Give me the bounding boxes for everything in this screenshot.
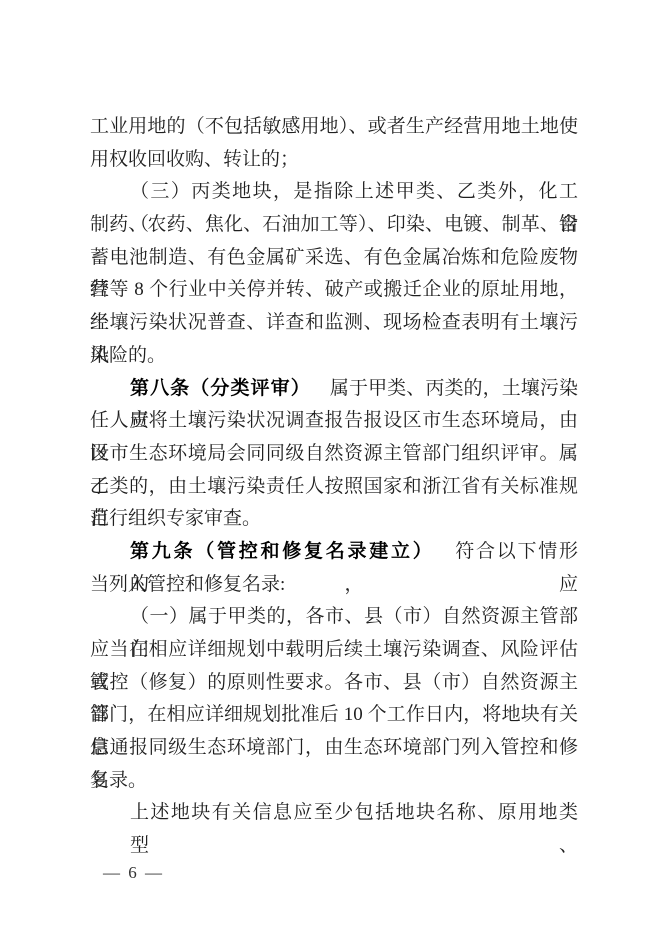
text-line: 名录。 [90,765,578,798]
text-line: 工业用地的（不包括敏感用地）、或者生产经营用地土地使 [90,111,578,144]
document-text-block: 工业用地的（不包括敏感用地）、或者生产经营用地土地使 用权收回收购、转让的； （… [90,111,578,830]
text-line: 应当在相应详细规划中载明后续土壤污染调查、风险评估或 [90,634,578,667]
text-line: 区市生态环境局会同同级自然资源主管部门组织评审。属于 [90,438,578,471]
document-page: 工业用地的（不包括敏感用地）、或者生产经营用地土地使 用权收回收购、转让的； （… [0,0,661,935]
text-line: 蓄电池制造、有色金属矿采选、有色金属冶炼和危险废物经 [90,242,578,275]
text-line: （三）丙类地块，是指除上述甲类、乙类外，化工（含 [90,176,578,209]
text-line: 第八条（分类评审）属于甲类、丙类的，土壤污染责 [90,373,578,406]
text-line: 管控（修复）的原则性要求。各市、县（市）自然资源主管 [90,667,578,700]
text-line: 用权收回收购、转让的； [90,144,578,177]
text-line: 乙类的，由土壤污染责任人按照国家和浙江省有关标准规范 [90,471,578,504]
text-line: 土壤污染状况普查、详查和监测、现场检查表明有土壤污染 [90,307,578,340]
article-8-heading: 第八条（分类评审） [130,378,311,399]
text-line: 风险的。 [90,340,578,373]
text-line: 制药、农药、焦化、石油加工等）、印染、电镀、制革、铅 [90,209,578,242]
text-line: 营等 8 个行业中关停并转、破产或搬迁企业的原址用地，经 [90,274,578,307]
text-line: （一）属于甲类的，各市、县（市）自然资源主管部门 [90,601,578,634]
text-line: 第九条（管控和修复名录建立）符合以下情形的，应 [90,536,578,569]
text-line: 息通报同级生态环境部门，由生态环境部门列入管控和修复 [90,732,578,765]
page-number: — 6 — [103,863,164,883]
text-line: 自行组织专家审查。 [90,503,578,536]
text-line: 任人应将土壤污染状况调查报告报设区市生态环境局，由设 [90,405,578,438]
article-9-heading: 第九条（管控和修复名录建立） [130,541,434,562]
text-line: 部门，在相应详细规划批准后 10 个工作日内，将地块有关信 [90,699,578,732]
text-line: 上述地块有关信息应至少包括地块名称、原用地类型、 [90,797,578,830]
